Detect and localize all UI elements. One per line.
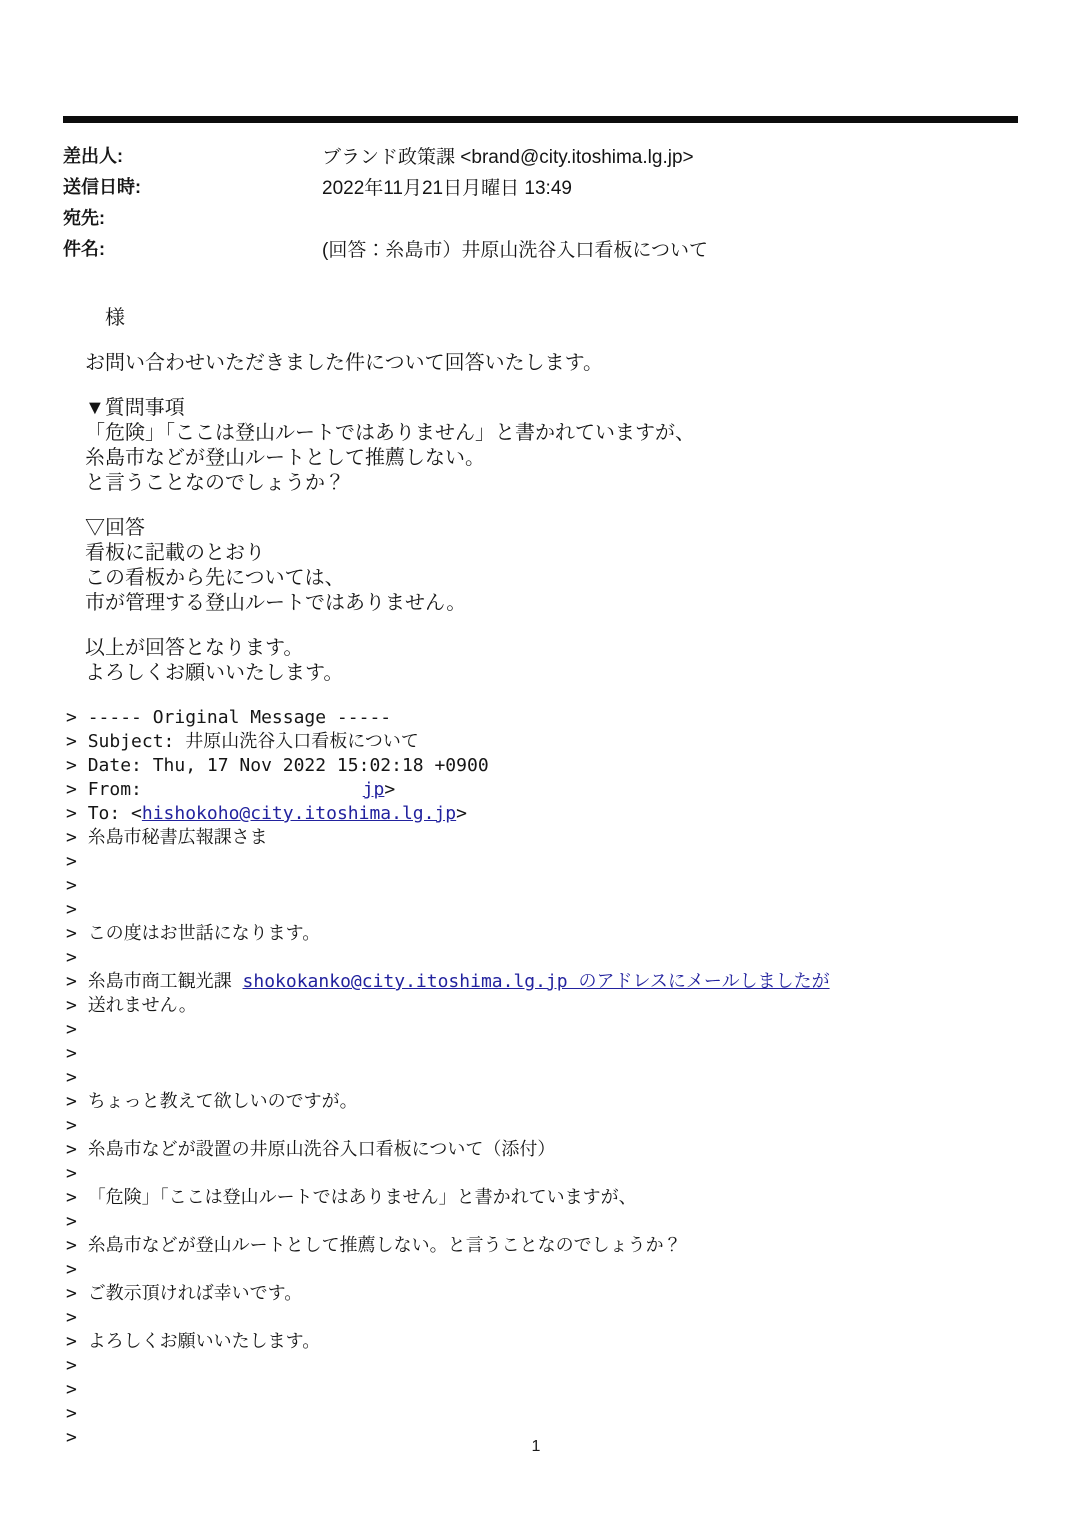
quoted-line: >	[66, 1042, 1046, 1066]
quote-prefix: >	[66, 1139, 88, 1160]
quoted-line: >	[66, 1306, 1046, 1330]
quote-text: 糸島市秘書広報課さま	[88, 827, 268, 848]
quote-prefix: >	[66, 971, 88, 992]
quoted-line: >	[66, 850, 1046, 874]
quote-text: 糸島市などが登山ルートとして推薦しない。と言うことなのでしょうか？	[88, 1235, 682, 1256]
quote-prefix: >	[66, 875, 88, 896]
quote-text: 糸島市などが設置の井原山洗谷入口看板について（添付）	[88, 1139, 556, 1160]
quote-text: >	[384, 779, 395, 800]
quote-prefix: >	[66, 851, 88, 872]
body-paragraph: 以上が回答となります。よろしくお願いいたします。	[85, 636, 1005, 686]
quote-prefix: >	[66, 803, 88, 824]
quoted-line: >	[66, 1378, 1046, 1402]
quoted-line: > To: <hishokoho@city.itoshima.lg.jp>	[66, 802, 1046, 826]
quoted-line: > ちょっと教えて欲しいのですが。	[66, 1090, 1046, 1114]
quote-prefix: >	[66, 755, 88, 776]
quote-prefix: >	[66, 1043, 88, 1064]
quoted-line: >	[66, 946, 1046, 970]
header-field-label: 差出人:	[63, 142, 322, 168]
quote-prefix: >	[66, 1211, 88, 1232]
redacted-blank-space	[153, 794, 363, 795]
quoted-line: > From: jp>	[66, 778, 1046, 802]
quoted-line: > Date: Thu, 17 Nov 2022 15:02:18 +0900	[66, 754, 1046, 778]
quote-prefix: >	[66, 707, 88, 728]
body-line: この看板から先については、	[85, 566, 1005, 591]
quote-prefix: >	[66, 1283, 88, 1304]
body-paragraph: ▼質問事項「危険」「ここは登山ルートではありません」と書かれていますが、糸島市な…	[85, 396, 1005, 496]
quote-text: ちょっと教えて欲しいのですが。	[88, 1091, 358, 1112]
header-field-row: 件名:(回答：糸島市）井原山洗谷入口看板について	[63, 235, 1043, 266]
quote-prefix: >	[66, 1403, 88, 1424]
email-link[interactable]: hishokoho@city.itoshima.lg.jp	[142, 803, 456, 824]
quote-prefix: >	[66, 1331, 88, 1352]
body-line: 「危険」「ここは登山ルートではありません」と書かれていますが、	[85, 421, 1005, 446]
quoted-line: > ----- Original Message -----	[66, 706, 1046, 730]
body-paragraph: ▽回答看板に記載のとおりこの看板から先については、市が管理する登山ルートではあり…	[85, 516, 1005, 616]
quoted-line: > 送れません。	[66, 994, 1046, 1018]
quoted-original-message: > ----- Original Message -----> Subject:…	[66, 706, 1046, 1450]
header-field-row: 送信日時:2022年11月21日月曜日 13:49	[63, 173, 1043, 204]
quote-prefix: >	[66, 1187, 88, 1208]
email-header-fields: 差出人:ブランド政策課 <brand@city.itoshima.lg.jp>送…	[63, 142, 1043, 266]
body-line: 糸島市などが登山ルートとして推薦しない。	[85, 446, 1005, 471]
quote-prefix: >	[66, 779, 88, 800]
email-link[interactable]: jp	[363, 779, 385, 800]
quoted-line: >	[66, 1210, 1046, 1234]
header-field-row: 差出人:ブランド政策課 <brand@city.itoshima.lg.jp>	[63, 142, 1043, 173]
email-document-page: 差出人:ブランド政策課 <brand@city.itoshima.lg.jp>送…	[0, 0, 1080, 1528]
quote-text: Subject: 井原山洗谷入口看板について	[88, 731, 419, 752]
quote-text: 送れません。	[88, 995, 197, 1016]
body-paragraph: お問い合わせいただきました件について回答いたします。	[85, 351, 1005, 376]
quoted-line: > 糸島市などが設置の井原山洗谷入口看板について（添付）	[66, 1138, 1046, 1162]
quoted-line: >	[66, 898, 1046, 922]
quoted-line: >	[66, 1066, 1046, 1090]
quoted-line: >	[66, 1402, 1046, 1426]
quote-text: この度はお世話になります。	[88, 923, 321, 944]
header-field-label: 宛先:	[63, 204, 322, 230]
email-link[interactable]: shokokanko@city.itoshima.lg.jp のアドレスにメール…	[243, 971, 830, 992]
quote-text: ご教示頂ければ幸いです。	[88, 1283, 303, 1304]
quote-prefix: >	[66, 731, 88, 752]
header-field-value: 2022年11月21日月曜日 13:49	[322, 173, 572, 200]
header-divider	[63, 116, 1018, 123]
page-number: 1	[0, 1438, 1072, 1456]
quote-prefix: >	[66, 899, 88, 920]
quote-text: Date: Thu, 17 Nov 2022 15:02:18 +0900	[88, 755, 489, 776]
email-body: 様お問い合わせいただきました件について回答いたします。▼質問事項「危険」「ここは…	[85, 306, 1005, 686]
header-field-row: 宛先:	[63, 204, 1043, 235]
quoted-line: >	[66, 1354, 1046, 1378]
quoted-line: > 糸島市などが登山ルートとして推薦しない。と言うことなのでしょうか？	[66, 1234, 1046, 1258]
body-paragraph: 様	[85, 306, 1005, 331]
quoted-line: >	[66, 1114, 1046, 1138]
quote-text: 糸島市商工観光課	[88, 971, 243, 992]
quote-prefix: >	[66, 1355, 88, 1376]
quote-prefix: >	[66, 1163, 88, 1184]
quote-text: よろしくお願いいたします。	[88, 1331, 321, 1352]
quoted-line: >	[66, 1018, 1046, 1042]
header-field-value: ブランド政策課 <brand@city.itoshima.lg.jp>	[322, 142, 694, 169]
quoted-line: > 糸島市秘書広報課さま	[66, 826, 1046, 850]
body-line: ▼質問事項	[85, 396, 1005, 421]
quote-text: ----- Original Message -----	[88, 707, 391, 728]
quote-prefix: >	[66, 1259, 88, 1280]
body-line: 以上が回答となります。	[85, 636, 1005, 661]
quote-text: >	[456, 803, 467, 824]
quote-text: 「危険」「ここは登山ルートではありません」と書かれていますが、	[88, 1187, 637, 1208]
quoted-line: > 「危険」「ここは登山ルートではありません」と書かれていますが、	[66, 1186, 1046, 1210]
quote-prefix: >	[66, 923, 88, 944]
quote-prefix: >	[66, 1019, 88, 1040]
quoted-line: > ご教示頂ければ幸いです。	[66, 1282, 1046, 1306]
quote-text: To: <	[88, 803, 142, 824]
quote-prefix: >	[66, 1091, 88, 1112]
quoted-line: > この度はお世話になります。	[66, 922, 1046, 946]
body-line: 様	[85, 306, 1005, 331]
quoted-line: >	[66, 1162, 1046, 1186]
quote-prefix: >	[66, 1379, 88, 1400]
quote-prefix: >	[66, 1235, 88, 1256]
body-line: 看板に記載のとおり	[85, 541, 1005, 566]
body-line: よろしくお願いいたします。	[85, 661, 1005, 686]
quote-prefix: >	[66, 1067, 88, 1088]
quote-prefix: >	[66, 827, 88, 848]
body-line: 市が管理する登山ルートではありません。	[85, 591, 1005, 616]
quote-prefix: >	[66, 1115, 88, 1136]
quoted-line: > Subject: 井原山洗谷入口看板について	[66, 730, 1046, 754]
quoted-line: >	[66, 1258, 1046, 1282]
quote-prefix: >	[66, 947, 88, 968]
body-line: お問い合わせいただきました件について回答いたします。	[85, 351, 1005, 376]
quote-prefix: >	[66, 995, 88, 1016]
header-field-value: (回答：糸島市）井原山洗谷入口看板について	[322, 235, 708, 262]
quoted-line: > よろしくお願いいたします。	[66, 1330, 1046, 1354]
quoted-line: > 糸島市商工観光課 shokokanko@city.itoshima.lg.j…	[66, 970, 1046, 994]
body-line: ▽回答	[85, 516, 1005, 541]
header-field-label: 件名:	[63, 235, 322, 261]
header-field-label: 送信日時:	[63, 173, 322, 199]
quoted-line: >	[66, 874, 1046, 898]
body-line: と言うことなのでしょうか？	[85, 471, 1005, 496]
quote-text: From:	[88, 779, 153, 800]
quote-prefix: >	[66, 1307, 88, 1328]
